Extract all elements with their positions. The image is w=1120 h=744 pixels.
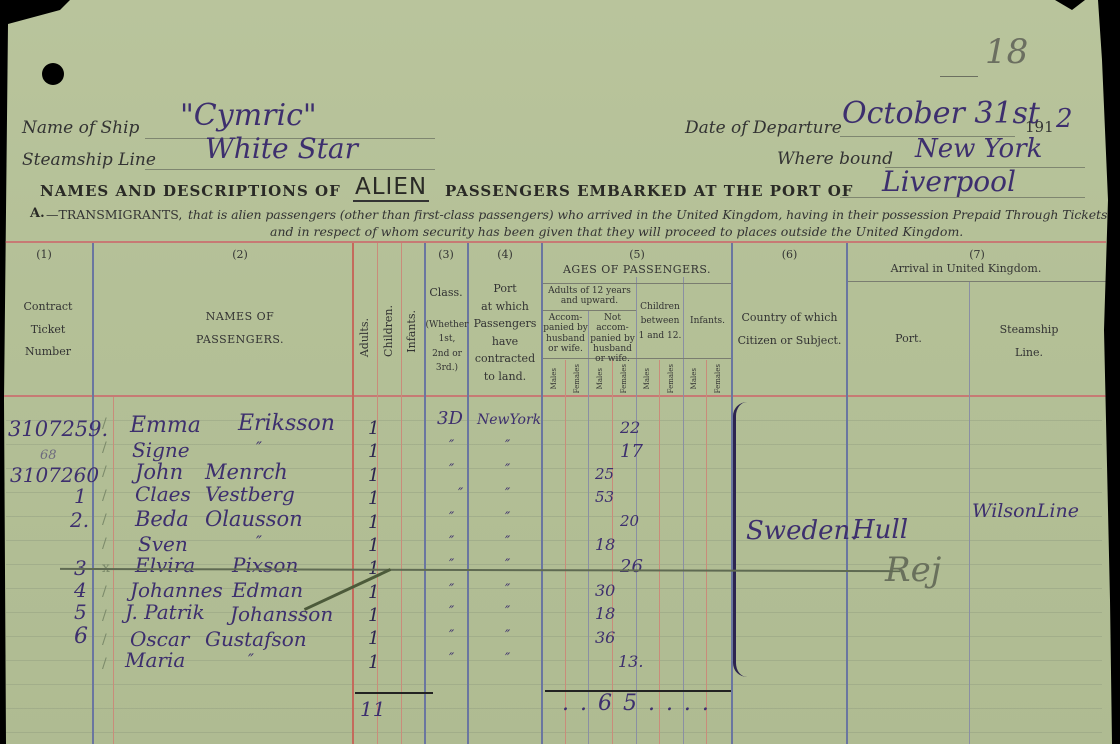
passenger-last-name: Menrch [205,460,288,484]
section-a-title: —TRANSMIGRANTS, [46,207,182,222]
class-value: 3D [437,408,463,429]
table-header-bottom-rule [4,395,1106,397]
passenger-first-name: Johannes [130,578,223,602]
section-a-text-2: and in respect of whom security has been… [270,224,963,239]
date-of-departure-value: October 31st [842,96,1040,131]
section-a-text-1: that is alien passengers (other than fir… [188,207,1111,222]
page-dash [940,76,978,77]
infants-header: Infants. [405,310,418,353]
port-to-land: NewYork [477,412,541,428]
col3-header: Class. [426,284,466,301]
steamship-line-line [145,169,435,170]
age-female: 17 [620,441,643,462]
adults-12-upward-header: Adults of 12 yearsand upward. [543,286,636,307]
ticket-number: 2. [70,508,89,532]
where-bound-value: New York [915,134,1042,164]
check-marks: //////x//// [102,412,110,676]
steamship-line-label: Steamship Line [22,150,156,170]
age-female: 26 [620,556,643,577]
passenger-last-name: Johansson [230,602,333,626]
ticket-number: 1 [74,484,87,508]
passenger-last-name: Pixson [232,553,298,577]
section-a-label: A. [30,206,45,221]
form-title-alien: ALIEN [353,174,429,202]
passenger-first-name: Maria [125,648,185,672]
age-male: 25 [595,465,614,483]
passenger-last-name: Olausson [205,507,303,531]
age-male: 30 [595,581,615,600]
passenger-last-name: Eriksson [238,411,335,436]
ticket-number: 4 [74,578,87,602]
form-title-part2: PASSENGERS EMBARKED AT THE PORT OF [445,182,853,200]
ages-total: . . 6 5 . . . . [562,691,711,716]
col3-subheader: (Whether1st,2nd or3rd.) [424,318,470,376]
passenger-last-name: Gustafson [205,627,307,651]
date-of-departure-label: Date of Departure [685,118,842,138]
punch-hole [42,63,64,85]
age-male: 53 [595,488,614,506]
age-male: 36 [595,628,615,647]
passenger-first-name: J. Patrik [125,600,205,624]
ticket-number: 5 [74,600,87,624]
children-1-12-header: Childrenbetween1 and 12. [637,300,683,343]
col1-header: ContractTicketNumber [8,296,88,364]
adults-total: 11 [360,697,385,721]
adult-count: 1 [368,441,379,462]
where-bound-label: Where bound [777,149,893,169]
col6-number: (6) [733,246,846,263]
age-female: 20 [620,512,639,530]
col4-header: Portat whichPassengershavecontractedto l… [468,280,542,386]
ticket-number: 6 [74,624,88,649]
embarkation-port-value: Liverpool [882,165,1016,198]
ticket-correction: 68 [40,448,57,463]
ticket-number: 3107259. [8,417,108,441]
col2-header: NAMES OFPASSENGERS. [150,306,330,351]
manifest-page: 18 Name of Ship "Cymric" Steamship Line … [0,0,1112,744]
passenger-first-name: Claes [135,482,191,506]
passenger-first-name: Beda [135,507,189,531]
uk-arrival-steamship-line: WilsonLine [972,500,1079,522]
age-female: 13. [618,652,643,671]
col2-number: (2) [200,246,280,263]
not-accompanied-header: Not accom-panied byhusbandor wife. [589,313,636,365]
children-header: Children. [382,305,395,357]
form-title-part1: NAMES AND DESCRIPTIONS OF [40,182,341,200]
passenger-last-name: Edman [232,578,303,602]
name-of-ship-label: Name of Ship [22,118,139,138]
col6-header: Country of whichCitizen or Subject. [733,306,846,352]
passenger-first-name: Emma [130,413,201,438]
passenger-last-name: ″ [256,532,262,551]
year-suffix: 2 [1056,104,1073,134]
col1-number: (1) [14,246,74,263]
age-male: 18 [595,535,615,554]
uk-steamship-line-header: SteamshipLine. [971,318,1087,364]
accompanied-header: Accom-panied byhusbandor wife. [542,313,589,354]
country-value: Sweden. [746,516,859,546]
adults-total-rule [355,692,433,694]
passenger-last-name: ″ [256,438,262,457]
age-female: 22 [620,418,640,437]
col-divider [92,243,94,744]
col3-number: (3) [426,246,466,263]
passenger-last-name: ″ [248,650,254,669]
col5-header: AGES OF PASSENGERS. [543,261,731,278]
name-of-ship-value: "Cymric" [180,98,317,133]
passenger-first-name: Signe [132,438,190,462]
passenger-last-name: Vestberg [205,482,295,506]
passenger-first-name: John [135,460,183,484]
uk-arrival-port: Hull [852,515,908,545]
page-number: 18 [985,32,1028,72]
adult-count: 1 [368,418,379,439]
infants-age-header: Infants. [684,316,731,326]
steamship-line-value: White Star [205,132,358,165]
col4-number: (4) [470,246,540,263]
adults-header: Adults. [358,318,371,357]
uk-port-header: Port. [848,330,969,347]
table-top-rule [4,241,1106,243]
age-male: 18 [595,604,615,623]
col7-header: Arrival in United Kingdom. [848,260,1084,277]
passenger-first-name: Elvira [135,553,195,577]
